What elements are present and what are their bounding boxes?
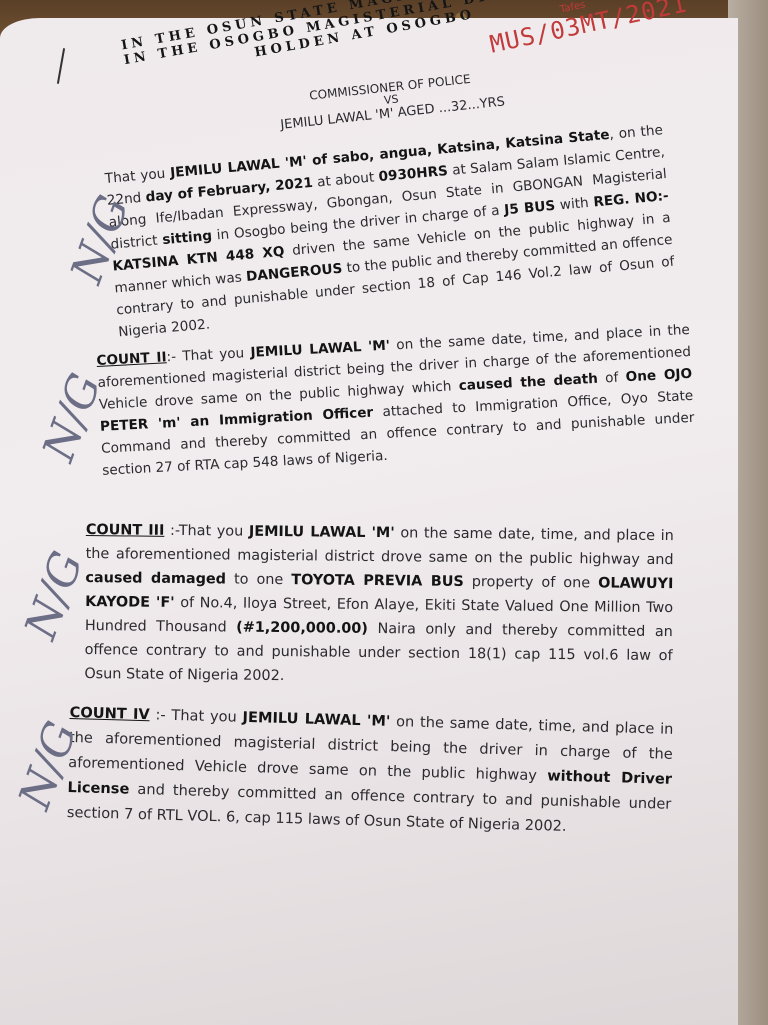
body-text: :- That you <box>149 706 242 726</box>
emphasized-text: DANGEROUS <box>245 261 343 285</box>
body-text: :-That you <box>164 523 249 540</box>
margin-initials: N/G <box>15 545 93 646</box>
body-text: with <box>554 194 594 213</box>
count-2-paragraph: COUNT II:- That you JEMILU LAWAL 'M' on … <box>96 319 696 482</box>
emphasized-text: (#1,200,000.00) <box>236 620 368 637</box>
emphasized-text: JEMILU LAWAL 'M' <box>250 338 390 361</box>
body-text: property of one <box>464 574 598 591</box>
count-4-paragraph: COUNT IV :- That you JEMILU LAWAL 'M' on… <box>67 700 674 842</box>
charge-sheet-document: IN THE OSUN STATE MAGISTRATE IN THE OSOG… <box>0 0 768 1025</box>
body-text: at about <box>312 169 379 191</box>
body-text: to one <box>226 571 291 588</box>
body-text: :- That you <box>166 345 251 365</box>
emphasized-text: JEMILU LAWAL 'M' <box>242 709 390 730</box>
body-text: of <box>597 369 626 386</box>
emphasized-text: J5 BUS <box>504 198 556 218</box>
case-parties: COMMISSIONER OF POLICE VS JEMILU LAWAL '… <box>240 65 543 137</box>
emphasized-text: JEMILU LAWAL 'M' <box>249 524 395 542</box>
emphasized-text: caused damaged <box>85 570 226 587</box>
emphasized-text: caused the death <box>458 371 598 394</box>
count-label: COUNT III <box>86 522 165 539</box>
emphasized-text: sitting <box>162 228 213 248</box>
emphasized-text: TOYOTA PREVIA BUS <box>291 572 464 590</box>
body-text: , on the <box>609 122 664 143</box>
body-text: and thereby committed an offence contrar… <box>67 781 672 835</box>
count-label: COUNT II <box>96 349 167 369</box>
count-label: COUNT IV <box>69 704 150 723</box>
handwritten-tick-mark <box>57 48 65 84</box>
body-text: That you <box>104 165 171 187</box>
emphasized-text: 0930HRS <box>378 163 449 185</box>
count-1-paragraph: That you JEMILU LAWAL 'M' of sabo, angua… <box>104 119 677 343</box>
count-3-paragraph: COUNT III :-That you JEMILU LAWAL 'M' on… <box>84 518 674 692</box>
